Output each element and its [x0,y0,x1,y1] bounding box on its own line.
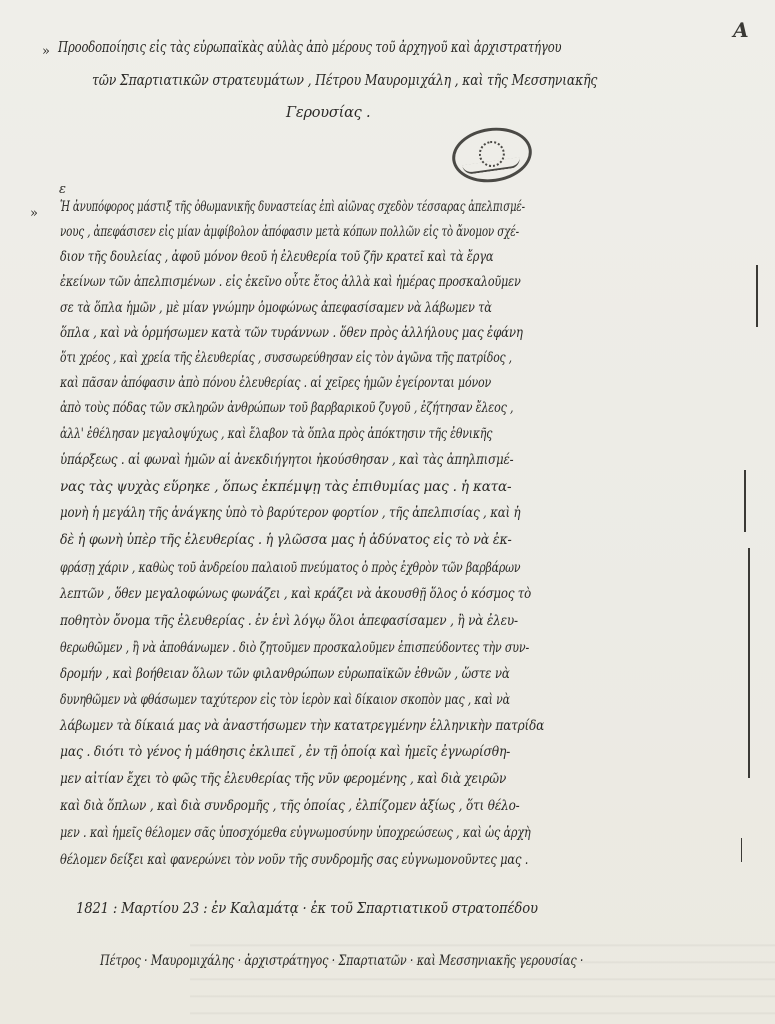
body-line-14: δὲ ἡ φωνὴ ὑπὲρ τῆς ἐλευθερίας . ἡ γλῶσσα… [60,532,512,548]
body-open-quote: » [30,206,38,221]
header-line-1: Προοδοποίησις εἰς τὰς εὐρωπαϊκὰς αὐλὰς ἀ… [58,40,561,56]
body-line-19: δρομήν , καὶ βοήθειαν ὅλων τῶν φιλανθρώπ… [60,666,510,682]
header-open-quote: » [42,44,50,59]
body-line-17: ποθητὸν ὄνομα τῆς ἐλευθερίας . ἐν ἑνὶ λό… [60,613,518,629]
margin-rule-2 [744,470,746,532]
record-office-stamp: PUBLIC RECORD OFFICE [449,123,536,188]
body-line-22: μας . διότι τὸ γένος ἡ μάθησις ἐκλιπεῖ ,… [60,744,510,760]
body-line-21: λάβωμεν τὰ δίκαιά μας νὰ ἀναστήσωμεν τὴν… [60,718,544,734]
body-line-10: ἀλλ' ἐθέλησαν μεγαλοψύχως , καὶ ἔλαβον τ… [60,426,492,442]
folio-mark: A [731,18,751,42]
body-line-23: μεν αἰτίαν ἔχει τὸ φῶς τῆς ἐλευθερίας τῆ… [60,771,506,787]
header-line-2: τῶν Σπαρτιατικῶν στρατευμάτων , Πέτρου Μ… [92,73,597,89]
header-line-3: Γερουσίας . [286,105,370,121]
body-line-1: Ἡ ἀνυπόφορος μάστιξ τῆς ὀθωμανικῆς δυνασ… [60,199,525,215]
manuscript-page: A » Προοδοποίησις εἰς τὰς εὐρωπαϊκὰς αὐλ… [0,0,775,1024]
body-line-7: ὅτι χρέος , καὶ χρεία τῆς ἐλευθερίας , σ… [60,350,512,366]
dateline: 1821 : Μαρτίου 23 : ἐν Καλαμάτᾳ · ἐκ τοῦ… [76,899,538,917]
body-line-20: δυνηθῶμεν νὰ φθάσωμεν ταχύτερον εἰς τὸν … [60,692,510,708]
margin-rule-1 [756,265,758,327]
body-line-9: ἀπὸ τοὺς πόδας τῶν σκληρῶν ἀνθρώπων τοῦ … [60,400,513,416]
body-line-11: ὑπάρξεως . αἱ φωναὶ ἡμῶν αἱ ἀνεκδιήγητοι… [60,452,513,468]
margin-rule-4 [741,838,742,862]
body-line-12: νας τὰς ψυχὰς εὕρηκε , ὅπως ἐκπέμψῃ τὰς … [60,479,511,495]
body-line-2: νους , ἀπεφάσισεν εἰς μίαν ἀμφίβολον ἀπό… [60,224,519,240]
body-line-3: διον τῆς δουλείας , ἀφοῦ μόνον θεοῦ ἡ ἐλ… [60,249,493,265]
body-line-16: λεπτῶν , ὅθεν μεγαλοφώνως φωνάζει , καὶ … [60,586,531,602]
body-line-13: μονὴ ἡ μεγάλη τῆς ἀνάγκης ὑπὸ τὸ βαρύτερ… [60,505,520,521]
signature: Πέτρος · Μαυρομιχάλης · ἀρχιστράτηγος · … [100,953,583,969]
body-line-5: σε τὰ ὅπλα ἡμῶν , μὲ μίαν γνώμην ὁμοφώνω… [60,300,492,316]
superscript-mark: ε [59,182,66,197]
margin-rule-3 [748,548,750,778]
body-line-24: καὶ διὰ ὅπλων , καὶ διὰ συνδρομῆς , τῆς … [60,798,520,814]
body-line-6: ὅπλα , καὶ νὰ ὁρμήσωμεν κατὰ τῶν τυράννω… [60,325,523,341]
body-line-26: θέλομεν δείξει καὶ φανερώνει τὸν νοῦν τῆ… [60,852,528,868]
body-line-8: καὶ πᾶσαν ἀπόφασιν ἀπὸ πόνου ἐλευθερίας … [60,375,491,391]
body-line-25: μεν . καὶ ἡμεῖς θέλομεν σᾶς ὑποσχόμεθα ε… [60,825,531,841]
bleed-through-texture [190,930,775,1024]
body-line-15: φράσῃ χάριν , καθὼς τοῦ ἀνδρείου παλαιοῦ… [60,560,520,576]
body-line-18: θερωθῶμεν , ἢ νὰ ἀποθάνωμεν . διὸ ζητοῦμ… [60,640,529,656]
body-line-4: ἐκείνων τῶν ἀπελπισμένων . εἰς ἐκεῖνο οὖ… [60,274,521,290]
